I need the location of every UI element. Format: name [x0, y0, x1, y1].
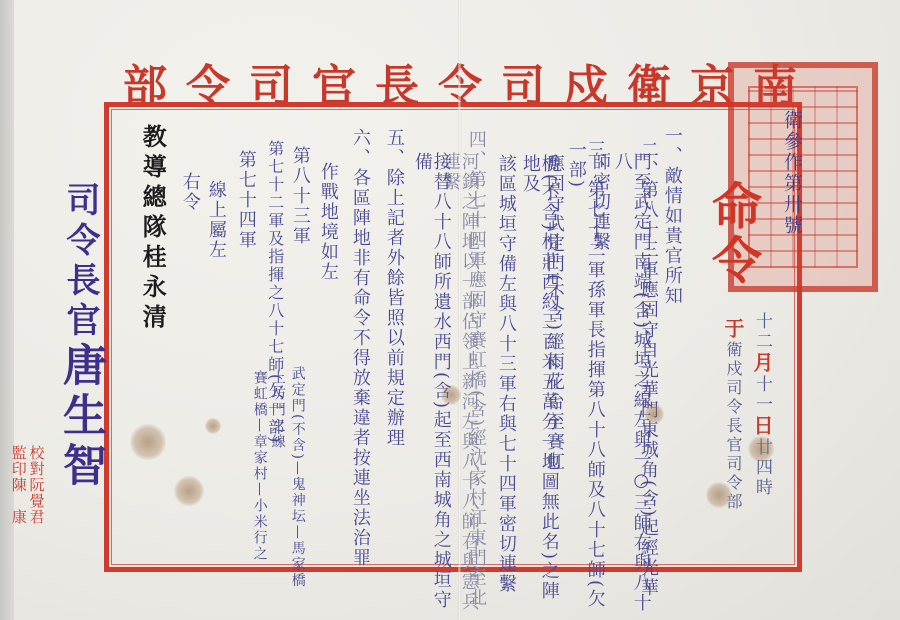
issued-prefix: 于: [721, 318, 745, 341]
annex-boundary-c: 賽虹橋—章家村—小米行之: [252, 370, 267, 562]
issued-at: 于衛戍司令長官司令部: [723, 318, 743, 512]
annex-74th-army: 第七十四軍: [236, 150, 255, 250]
annex-83rd-army: 第八十三軍: [290, 146, 309, 246]
stain: [644, 404, 664, 424]
date-block: 十二月十一日廿四時: [752, 312, 772, 498]
stain: [174, 476, 204, 506]
signature-name: 唐生智: [55, 342, 106, 492]
body-item-3d: 該區城垣守備左與八十三軍右與七十四軍密切連繫: [496, 154, 515, 594]
date-month-num: 十二: [752, 312, 772, 352]
seal-supervisor-line: 監印陳 康: [10, 445, 26, 525]
recipients: 教導總隊桂永清: [140, 124, 165, 334]
seal-script-pattern: [748, 86, 858, 268]
stain: [205, 418, 221, 434]
body-item-1: 一、敵情如貴官所知: [662, 126, 681, 306]
body-item-6: 六、各區陣地非有命令不得放棄違者按連坐法治罪: [350, 128, 369, 568]
annex-boundary-a: 武定門(不含)—鬼神坛—馬家橋: [290, 366, 305, 589]
body-item-5: 五、除上記者外餘皆照以前規定辦理: [384, 128, 403, 448]
date-month-char: 月: [750, 352, 774, 375]
proofreading-stamp: 校對阮覺君 監印陳 康: [10, 445, 44, 525]
date-day-char: 日: [750, 415, 774, 438]
order-label: 命令: [708, 180, 758, 288]
stain: [130, 424, 166, 460]
annex-boundary-b: 上坊門之線: [270, 370, 285, 450]
stain: [706, 482, 732, 508]
paper-edge: [0, 0, 14, 620]
closing-phrase: 右令: [180, 172, 199, 212]
date-day-num: 十一: [752, 375, 772, 415]
serial-number: 衛參作第卅號: [782, 110, 801, 236]
proofreader-line: 校對阮覺君: [28, 445, 44, 525]
signature-block: 司令長官唐生智: [58, 182, 102, 492]
stain: [441, 385, 461, 405]
stain: [748, 436, 774, 462]
body-item-2b: 門至武定門南端(含)城垣之線左與一○三師右與八十八: [612, 152, 650, 620]
body-item-3a: 三、第七十二軍孫軍長指揮第八十八師及八十七師(欠一部): [566, 140, 604, 620]
body-item-3c: 橋(不含)相莊西約三百米五萬分一地圖無此名)之陣地及: [520, 154, 558, 620]
signature-title: 司令長官: [60, 182, 100, 342]
annex-74th-line: 線上屬左: [206, 180, 225, 260]
annex-title: 作戰地境如左: [318, 162, 337, 282]
